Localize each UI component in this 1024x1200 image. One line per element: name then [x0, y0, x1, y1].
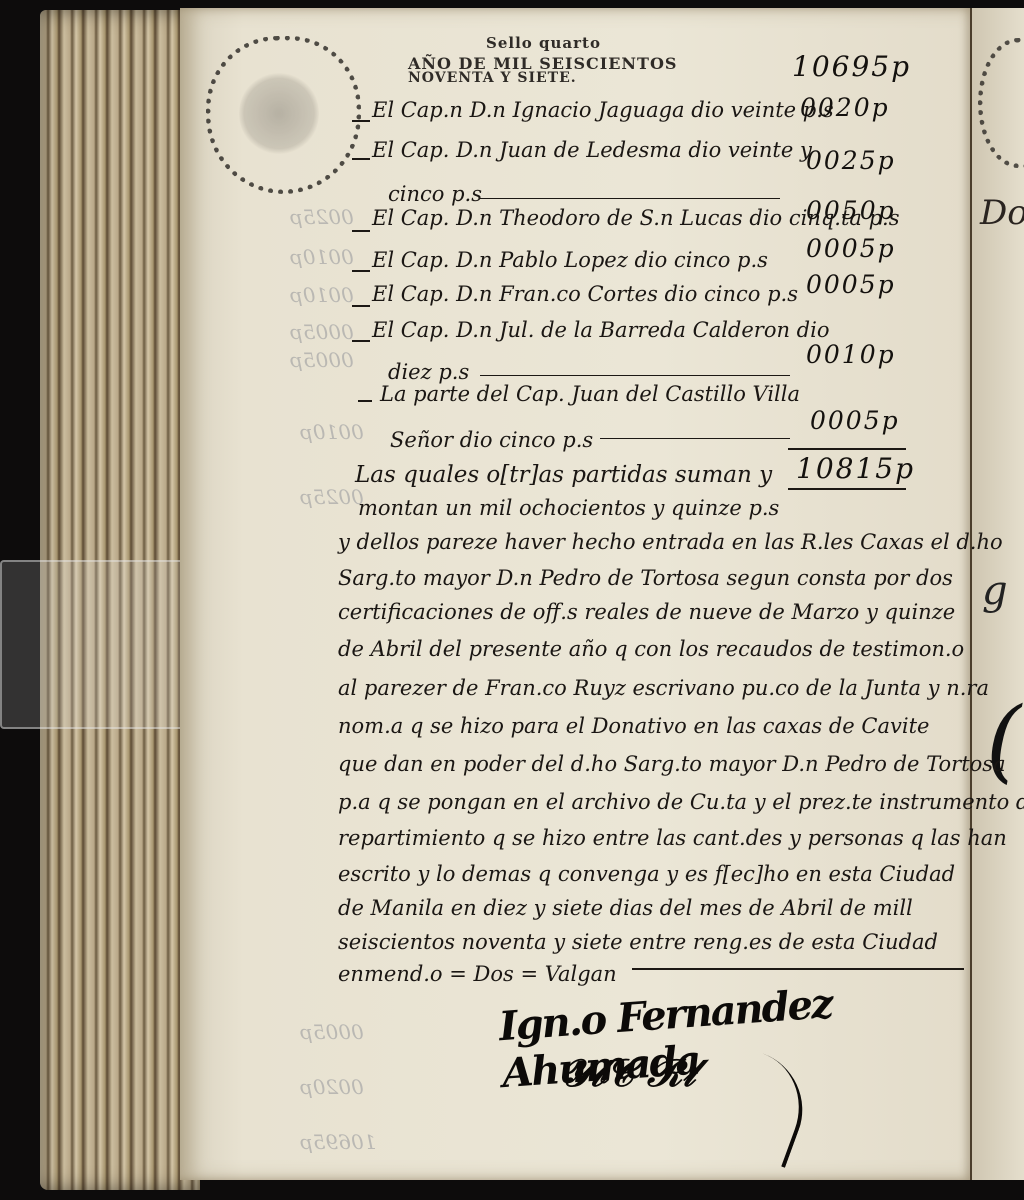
entry-line: El Cap.n D.n Ignacio Jaguaga dio veinte …: [372, 98, 834, 122]
carried-forward-amount: 10695p: [792, 50, 911, 83]
body-line: seiscientos noventa y siete entre reng.e…: [338, 930, 938, 954]
entry-line: El Cap. D.n Jul. de la Barreda Calderon …: [372, 318, 830, 342]
total-amount: 10815p: [796, 452, 915, 485]
entry-line: El Cap. D.n Pablo Lopez dio cinco p.s: [372, 248, 768, 272]
bleed-amount: 0025p: [290, 205, 354, 229]
bleed-amount: 0020p: [300, 1075, 364, 1099]
entry-amount: 0025p: [806, 146, 896, 175]
bleed-amount: 0010p: [300, 420, 364, 444]
stamp-line-3: NOVENTA Y SIETE.: [408, 70, 577, 86]
facing-seal-stamp-icon: [978, 38, 1024, 168]
body-line: de Manila en diez y siete dias del mes d…: [338, 896, 913, 920]
facing-page-mark: g: [982, 568, 1008, 614]
bleed-amount: 10695p: [300, 1130, 376, 1154]
entry-amount: 0005p: [806, 270, 896, 299]
bleed-amount: 0005p: [300, 1020, 364, 1044]
body-line: montan un mil ochocientos y quinze p.s: [358, 496, 779, 520]
entry-amount: 0050p: [806, 196, 896, 225]
body-line: al parezer de Fran.co Ruyz escrivano pu.…: [338, 676, 989, 700]
bleed-amount: 0010p: [290, 245, 354, 269]
entry-amount: 0010p: [806, 340, 896, 369]
entry-line: El Cap. D.n Juan de Ledesma dio veinte y: [372, 138, 812, 162]
bleed-amount: 0010p: [290, 283, 354, 307]
body-line: repartimiento q se hizo entre las cant.d…: [338, 826, 1007, 850]
body-line: enmend.o = Dos = Valgan: [338, 962, 617, 986]
body-line: escrito y lo demas q convenga y es f[ec]…: [338, 862, 955, 886]
facing-page-glyph: (: [986, 688, 1021, 793]
entry-amount: 0020p: [800, 93, 890, 122]
body-line: Sarg.to mayor D.n Pedro de Tortosa segun…: [338, 566, 953, 590]
facing-page-word: Don: [980, 193, 1024, 233]
body-line: nom.a q se hizo para el Donativo en las …: [338, 714, 929, 738]
body-line: de Abril del presente año q con los reca…: [338, 637, 964, 661]
entry-line: cinco p.s: [388, 182, 482, 206]
entry-line: Señor dio cinco p.s: [390, 428, 593, 452]
body-line: p.a q se pongan en el archivo de Cu.ta y…: [338, 790, 1024, 814]
body-line: y dellos pareze haver hecho entrada en l…: [338, 530, 1003, 554]
entry-line: La parte del Cap. Juan del Castillo Vill…: [380, 382, 800, 406]
signature-rubric-icon: 𝒴𝒷𝒞 ℛ𝓁: [560, 1050, 695, 1096]
body-line: certificaciones de off.s reales de nueve…: [338, 600, 955, 624]
entry-amount: 0005p: [810, 406, 900, 435]
entry-line: diez p.s: [388, 360, 469, 384]
bleed-amount: 0005p: [290, 320, 354, 344]
stamp-line-1: Sello quarto: [486, 34, 601, 52]
body-line: que dan en poder del d.ho Sarg.to mayor …: [338, 752, 1006, 776]
entry-amount: 0005p: [806, 234, 896, 263]
bleed-amount: 0025p: [300, 485, 364, 509]
body-line: Las quales o[tr]as partidas suman y: [355, 462, 772, 488]
royal-seal-stamp-icon: [206, 36, 361, 194]
bleed-amount: 0005p: [290, 348, 354, 372]
entry-line: El Cap. D.n Fran.co Cortes dio cinco p.s: [372, 282, 798, 306]
